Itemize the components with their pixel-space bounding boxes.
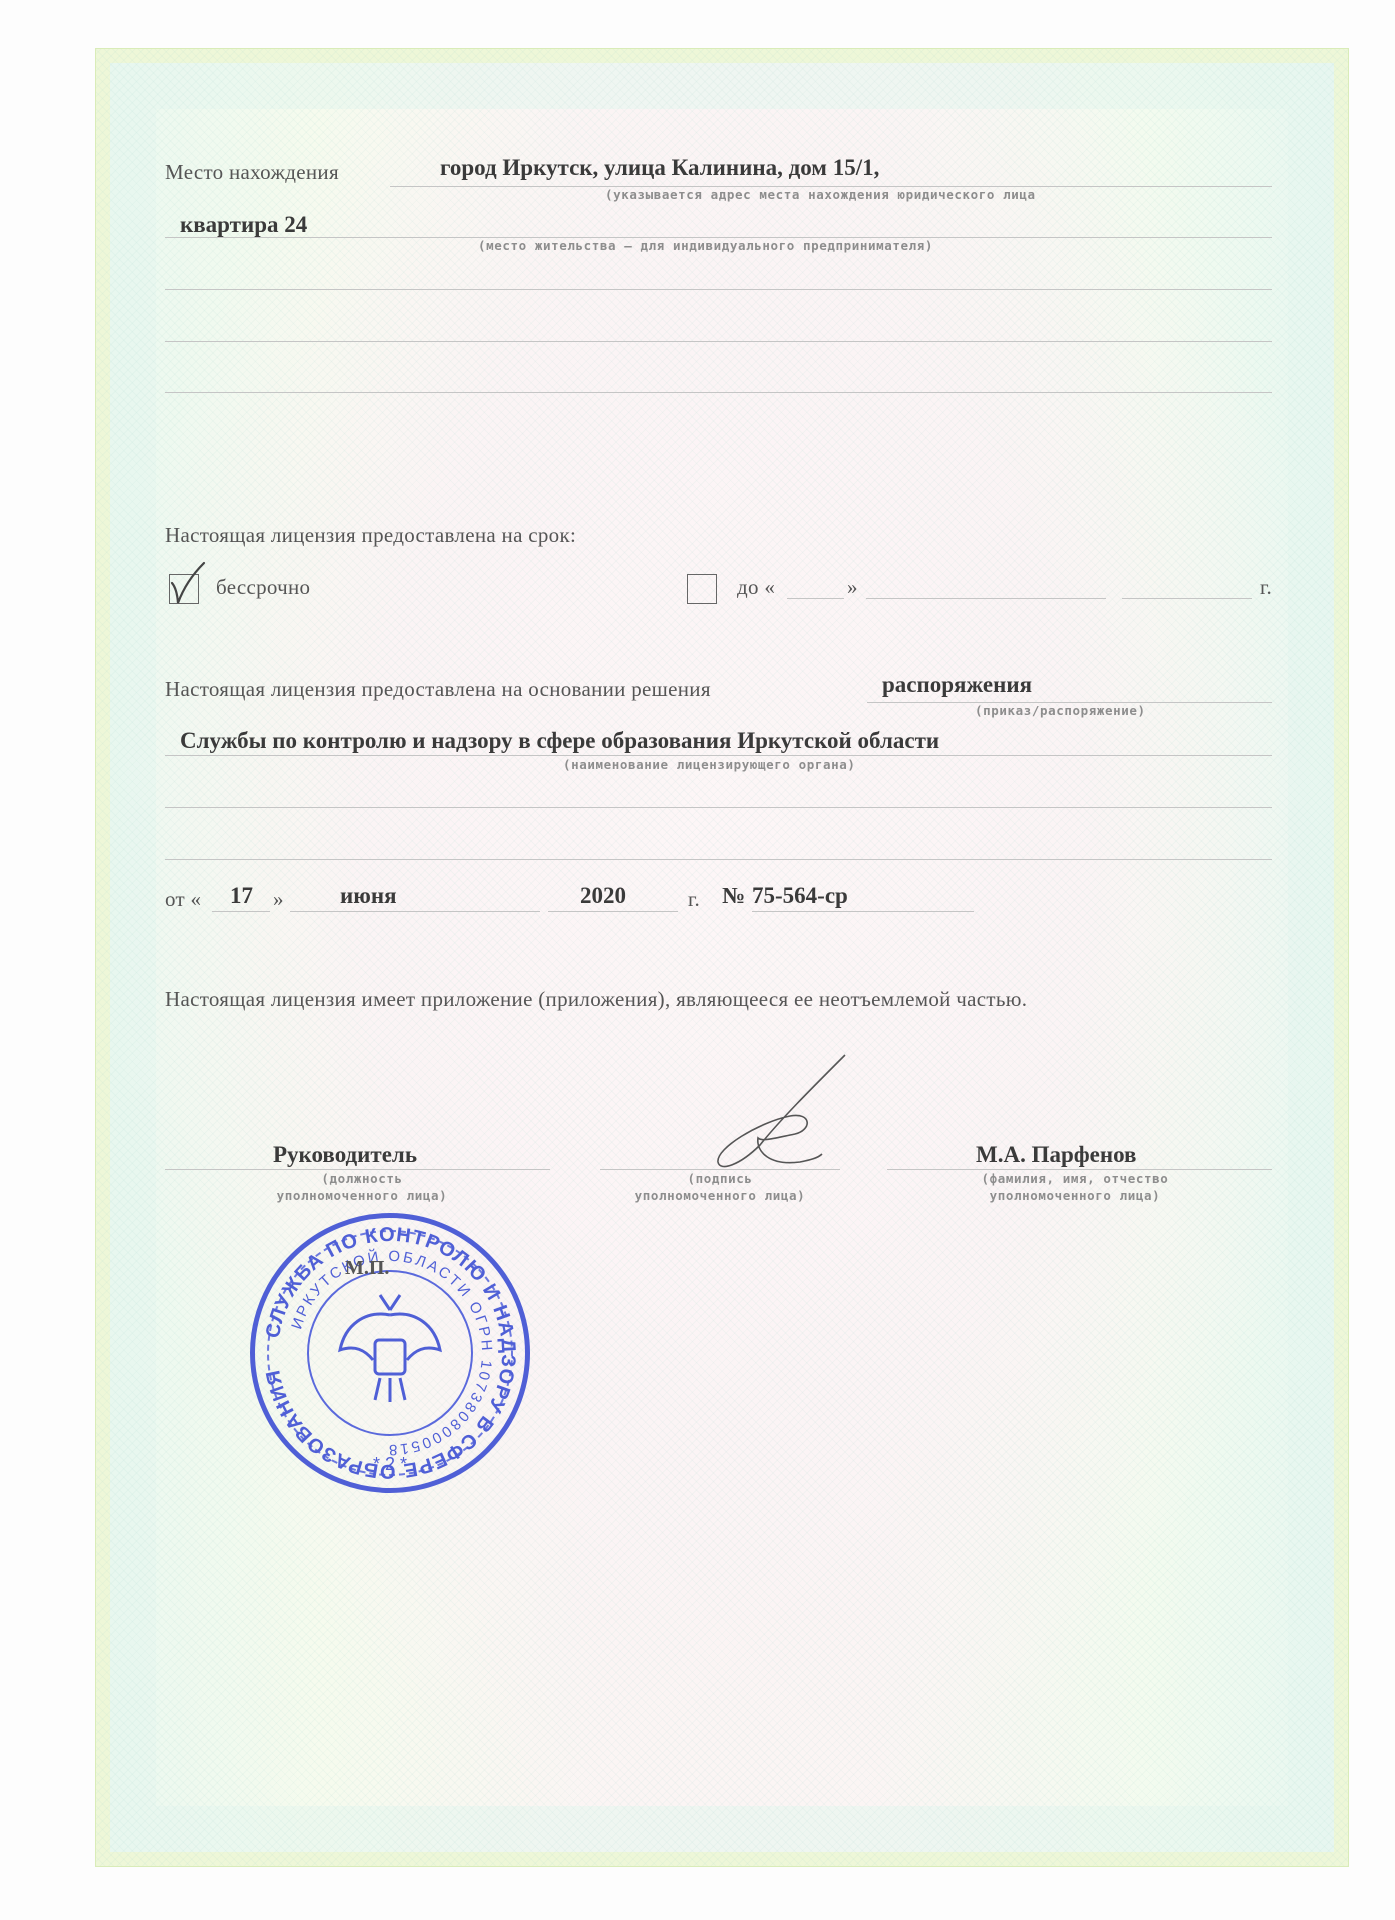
- basis-number-label: №: [722, 883, 745, 909]
- appendix-note: Настоящая лицензия имеет приложение (при…: [165, 987, 1027, 1012]
- checkbox-unlimited[interactable]: [169, 574, 199, 604]
- location-hint-1: (указывается адрес места нахождения юрид…: [605, 186, 1036, 203]
- signatory-name: М.А. Парфенов: [976, 1142, 1136, 1168]
- rule-until-month: [866, 598, 1106, 599]
- stamp-center-mark: * 2 *: [373, 1454, 407, 1475]
- signatory-position: Руководитель: [273, 1142, 417, 1168]
- basis-year: 2020: [580, 883, 626, 909]
- rule-blank-3: [165, 392, 1272, 393]
- rule-until-year: [1122, 598, 1252, 599]
- basis-number: 75-564-ср: [752, 883, 848, 909]
- basis-decision-hint: (приказ/распоряжение): [975, 702, 1146, 719]
- mp-label: М.П.: [345, 1257, 389, 1280]
- location-label: Место нахождения: [165, 160, 339, 185]
- checkbox-until[interactable]: [687, 574, 717, 604]
- rule-day: [212, 911, 270, 912]
- location-address-line1: город Иркутск, улица Калинина, дом 15/1,: [440, 155, 879, 181]
- term-until-prefix: до «: [737, 575, 775, 600]
- rule-year: [548, 911, 678, 912]
- position-hint: (должность уполномоченного лица): [262, 1170, 462, 1204]
- rule-month: [290, 911, 540, 912]
- rule-blank-2: [165, 341, 1272, 342]
- basis-decision-type: распоряжения: [882, 672, 1032, 698]
- rule-number: [752, 911, 974, 912]
- official-stamp: СЛУЖБА ПО КОНТРОЛЮ И НАДЗОРУ В СФЕРЕ ОБР…: [250, 1213, 530, 1493]
- basis-year-suffix: г.: [688, 887, 700, 912]
- basis-month: июня: [340, 883, 397, 909]
- guilloche-background: [96, 49, 1348, 1866]
- basis-date-prefix: от «: [165, 887, 201, 912]
- rule-blank-5: [165, 859, 1272, 860]
- license-sheet: [95, 48, 1349, 1867]
- basis-authority: Службы по контролю и надзору в сфере обр…: [180, 728, 939, 754]
- rule-until-day: [787, 598, 844, 599]
- location-hint-2: (место жительства – для индивидуального …: [478, 237, 933, 254]
- rule-blank-1: [165, 289, 1272, 290]
- checkmark-icon: [168, 561, 208, 605]
- basis-authority-hint: (наименование лицензирующего органа): [563, 756, 856, 773]
- term-label: Настоящая лицензия предоставлена на срок…: [165, 523, 576, 548]
- eagle-emblem-icon: [335, 1290, 445, 1410]
- term-until-mid: »: [847, 575, 858, 600]
- term-until-suffix: г.: [1260, 575, 1272, 600]
- term-unlimited-label: бессрочно: [216, 575, 310, 600]
- basis-day-close: »: [273, 887, 284, 912]
- signature-hint: (подпись уполномоченного лица): [620, 1170, 820, 1204]
- name-hint: (фамилия, имя, отчество уполномоченного …: [960, 1170, 1190, 1204]
- signature-icon: [700, 1050, 860, 1170]
- rule-blank-4: [165, 807, 1272, 808]
- basis-label: Настоящая лицензия предоставлена на осно…: [165, 677, 711, 702]
- location-address-line2: квартира 24: [180, 212, 307, 238]
- basis-day: 17: [230, 883, 253, 909]
